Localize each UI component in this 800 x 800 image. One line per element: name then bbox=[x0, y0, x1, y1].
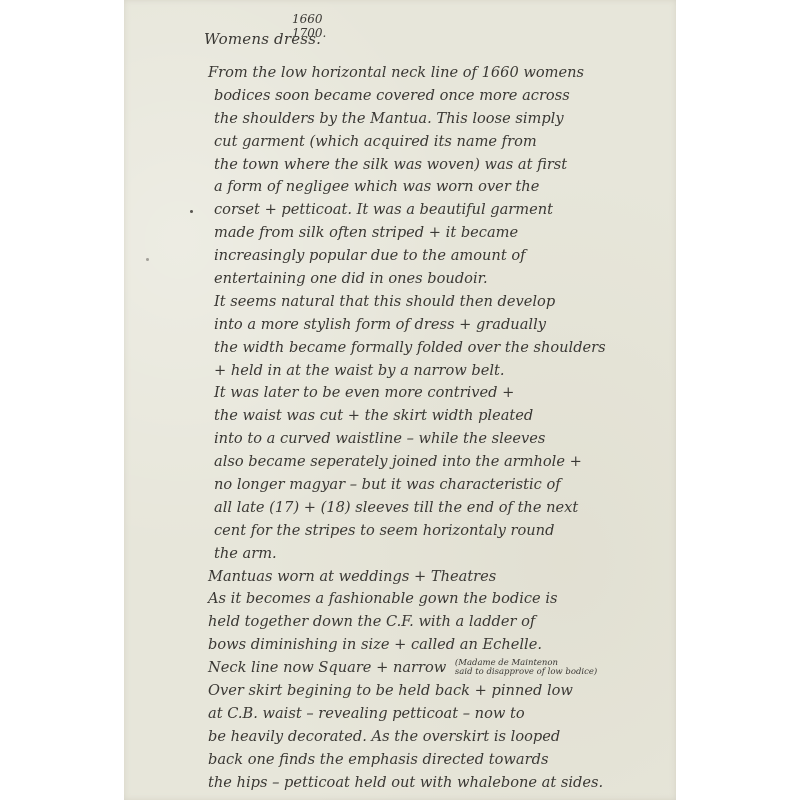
text-line: As it becomes a fashionable gown the bod… bbox=[208, 588, 668, 611]
text-line: a form of negligee which was worn over t… bbox=[208, 176, 668, 199]
margin-ink-dot bbox=[146, 258, 149, 261]
text-line: corset + petticoat. It was a beautiful g… bbox=[208, 199, 668, 222]
text-line: the waist was cut + the skirt width plea… bbox=[208, 405, 668, 428]
text-line: also became seperately joined into the a… bbox=[208, 451, 668, 474]
year-end: 1700. bbox=[292, 26, 326, 40]
text-line: the shoulders by the Mantua. This loose … bbox=[208, 108, 668, 131]
text-line: cut garment (which acquired its name fro… bbox=[208, 131, 668, 154]
text-line: no longer magyar – but it was characteri… bbox=[208, 474, 668, 497]
text-line-with-note: Neck line now Square + narrow (Madame de… bbox=[208, 657, 668, 680]
manuscript-page: Womens dress. 1660 1700. From the low ho… bbox=[124, 0, 676, 800]
note-line: said to disapprove of low bodice) bbox=[455, 668, 597, 677]
text-line: It seems natural that this should then d… bbox=[208, 291, 668, 314]
text-line: into to a curved waistline – while the s… bbox=[208, 428, 668, 451]
handwritten-body: From the low horizontal neck line of 166… bbox=[208, 62, 668, 795]
text-line: held together down the C.F. with a ladde… bbox=[208, 611, 668, 634]
text-line: the town where the silk was woven) was a… bbox=[208, 154, 668, 177]
section-heading: Mantuas worn at weddings + Theatres bbox=[208, 566, 668, 589]
text-line: the width became formally folded over th… bbox=[208, 337, 668, 360]
date-range: 1660 1700. bbox=[292, 12, 326, 40]
text-line: into a more stylish form of dress + grad… bbox=[208, 314, 668, 337]
text-line: back one finds the emphasis directed tow… bbox=[208, 749, 668, 772]
text-line: Neck line now Square + narrow bbox=[208, 659, 446, 676]
text-line: bodices soon became covered once more ac… bbox=[208, 85, 668, 108]
text-line: + held in at the waist by a narrow belt. bbox=[208, 360, 668, 383]
text-line: entertaining one did in ones boudoir. bbox=[208, 268, 668, 291]
margin-ink-dot bbox=[190, 210, 193, 213]
text-line: at C.B. waist – revealing petticoat – no… bbox=[208, 703, 668, 726]
text-line: the hips – petticoat held out with whale… bbox=[208, 772, 668, 795]
year-start: 1660 bbox=[292, 12, 326, 26]
text-line: It was later to be even more contrived + bbox=[208, 382, 668, 405]
text-line: all late (17) + (18) sleeves till the en… bbox=[208, 497, 668, 520]
marginal-note: (Madame de Maintenon said to disapprove … bbox=[455, 659, 597, 677]
text-line: cent for the stripes to seem horizontaly… bbox=[208, 520, 668, 543]
text-line: bows diminishing in size + called an Ech… bbox=[208, 634, 668, 657]
text-line: From the low horizontal neck line of 166… bbox=[208, 62, 668, 85]
text-line: be heavily decorated. As the overskirt i… bbox=[208, 726, 668, 749]
text-line: Over skirt begining to be held back + pi… bbox=[208, 680, 668, 703]
text-line: increasingly popular due to the amount o… bbox=[208, 245, 668, 268]
text-line: made from silk often striped + it became bbox=[208, 222, 668, 245]
text-line: the arm. bbox=[208, 543, 668, 566]
